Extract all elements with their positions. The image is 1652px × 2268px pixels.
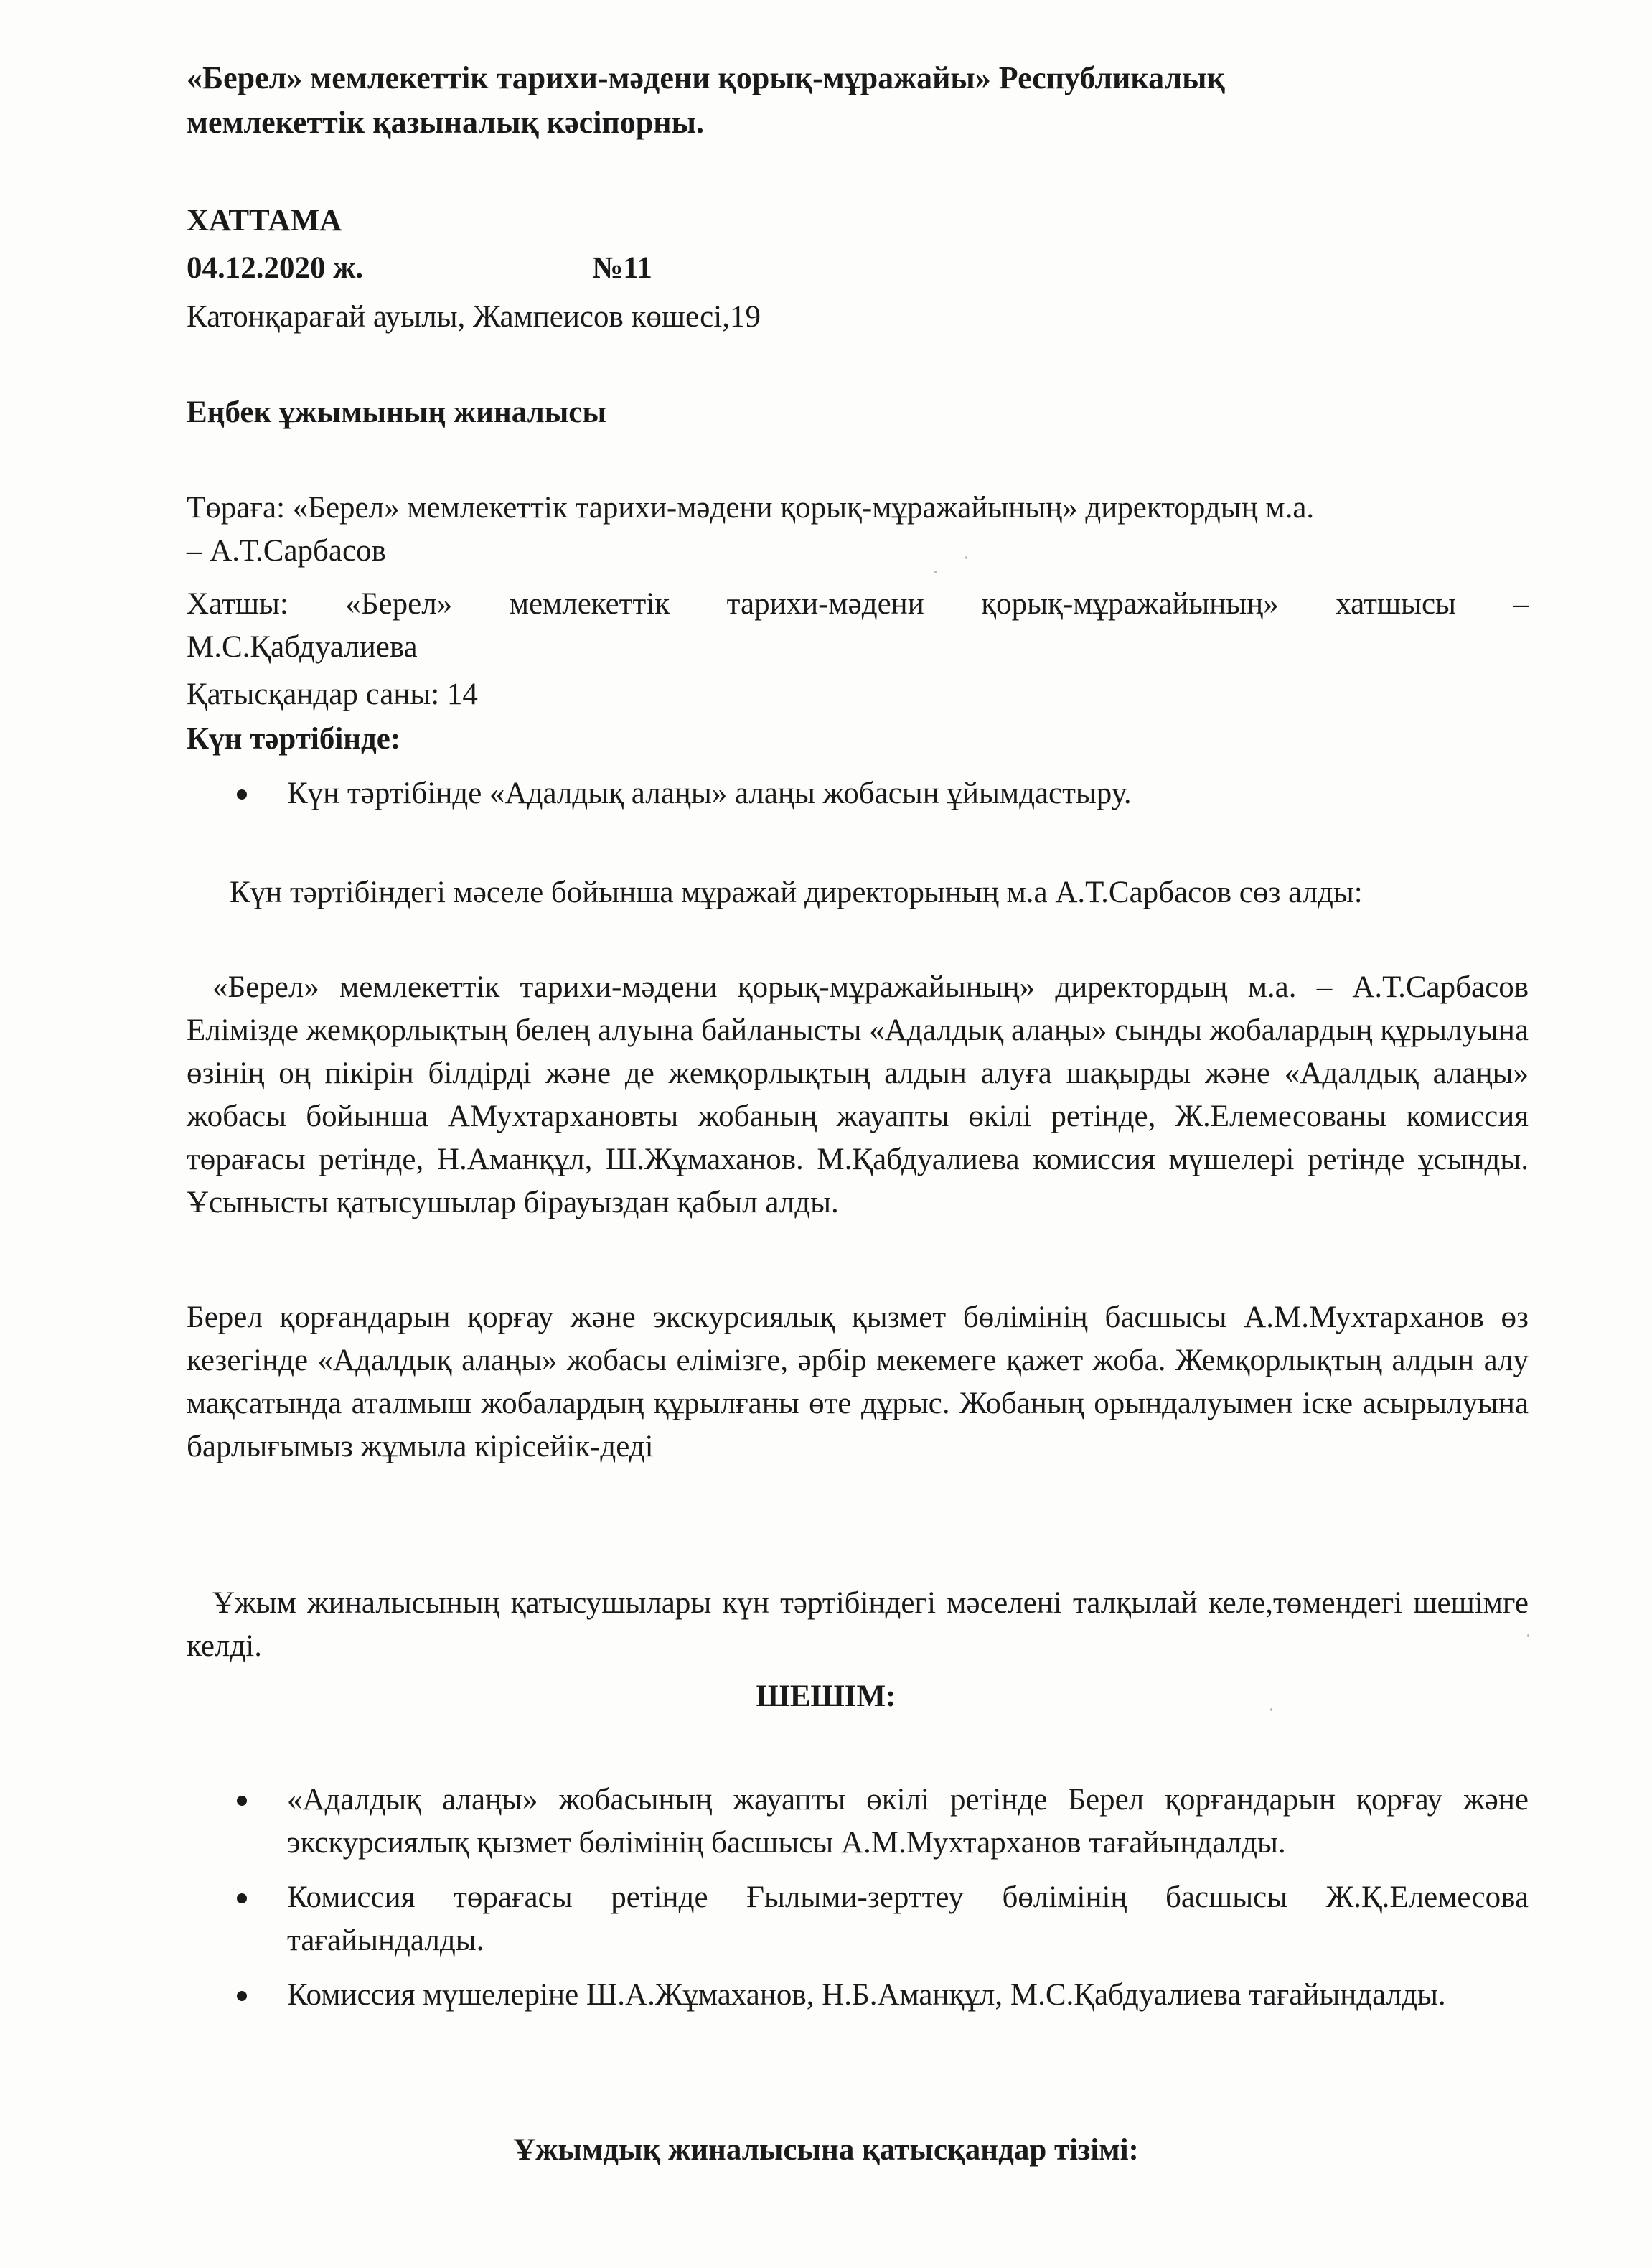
attendees-count: Қатысқандар саны: 14	[187, 673, 1529, 716]
secretary-line-2: М.С.Қабдуалиева	[187, 626, 1529, 669]
discussion-paragraph-2: Берел қорғандарын қорғау және экскурсиял…	[187, 1296, 1529, 1468]
chair-line-2: – А.Т.Сарбасов	[187, 530, 1529, 573]
scan-speck	[1527, 1634, 1529, 1637]
bullet-icon	[237, 1796, 247, 1806]
protocol-address: Катонқарағай ауылы, Жампеисов көшесі,19	[187, 296, 1529, 339]
protocol-date-row: 04.12.2020 ж. №11	[187, 247, 1529, 290]
bullet-icon	[237, 1991, 247, 2001]
discussion-paragraph-1: «Берел» мемлекеттік тарихи-мәдени қорық-…	[187, 966, 1529, 1224]
scan-speck	[1270, 1708, 1272, 1711]
agenda-item: Күн тәртібінде «Адалдық алаңы» алаңы жоб…	[237, 772, 1529, 815]
decision-list: «Адалдық алаңы» жобасының жауапты өкілі …	[237, 1779, 1529, 2017]
chair-info: Төраға: «Берел» мемлекеттік тарихи-мәден…	[187, 487, 1529, 573]
decision-heading: ШЕШІМ:	[0, 1675, 1652, 1718]
organization-header: «Берел» мемлекеттік тарихи-мәдени қорық-…	[187, 56, 1529, 145]
attendance-heading: Ұжымдық жиналысына қатысқандар тізімі:	[0, 2129, 1652, 2172]
discussion-intro: Күн тәртібіндегі мәселе бойынша мұражай …	[230, 871, 1529, 914]
org-line-1: «Берел» мемлекеттік тарихи-мәдени қорық-…	[187, 56, 1529, 100]
secretary-info: Хатшы: «Берел» мемлекеттік тарихи-мәдени…	[187, 583, 1529, 669]
bullet-icon	[237, 789, 247, 800]
decision-item: Комиссия мүшелеріне Ш.А.Жұмаханов, Н.Б.А…	[237, 1974, 1529, 2017]
decision-item: «Адалдық алаңы» жобасының жауапты өкілі …	[237, 1779, 1529, 1865]
scan-speck	[934, 571, 937, 573]
bullet-icon	[237, 1893, 247, 1903]
org-line-2: мемлекеттік қазыналық кәсіпорны.	[187, 100, 1529, 145]
agenda-heading: Күн тәртібінде:	[187, 718, 1529, 761]
decision-item: Комиссия төрағасы ретінде Ғылыми-зерттеу…	[237, 1876, 1529, 1962]
scan-speck	[965, 556, 967, 559]
chair-line-1: Төраға: «Берел» мемлекеттік тарихи-мәден…	[187, 487, 1529, 530]
meeting-title: Еңбек ұжымының жиналысы	[187, 391, 1529, 434]
protocol-date: 04.12.2020 ж.	[187, 251, 363, 285]
discussion-conclusion: Ұжым жиналысының қатысушылары күн тәртіб…	[187, 1582, 1529, 1668]
document-page: «Берел» мемлекеттік тарихи-мәдени қорық-…	[0, 0, 1652, 2268]
protocol-title: ХАТТАМА	[187, 200, 1529, 243]
agenda-list: Күн тәртібінде «Адалдық алаңы» алаңы жоб…	[237, 772, 1529, 815]
protocol-number: №11	[592, 247, 652, 290]
secretary-line-1: Хатшы: «Берел» мемлекеттік тарихи-мәдени…	[187, 583, 1529, 626]
